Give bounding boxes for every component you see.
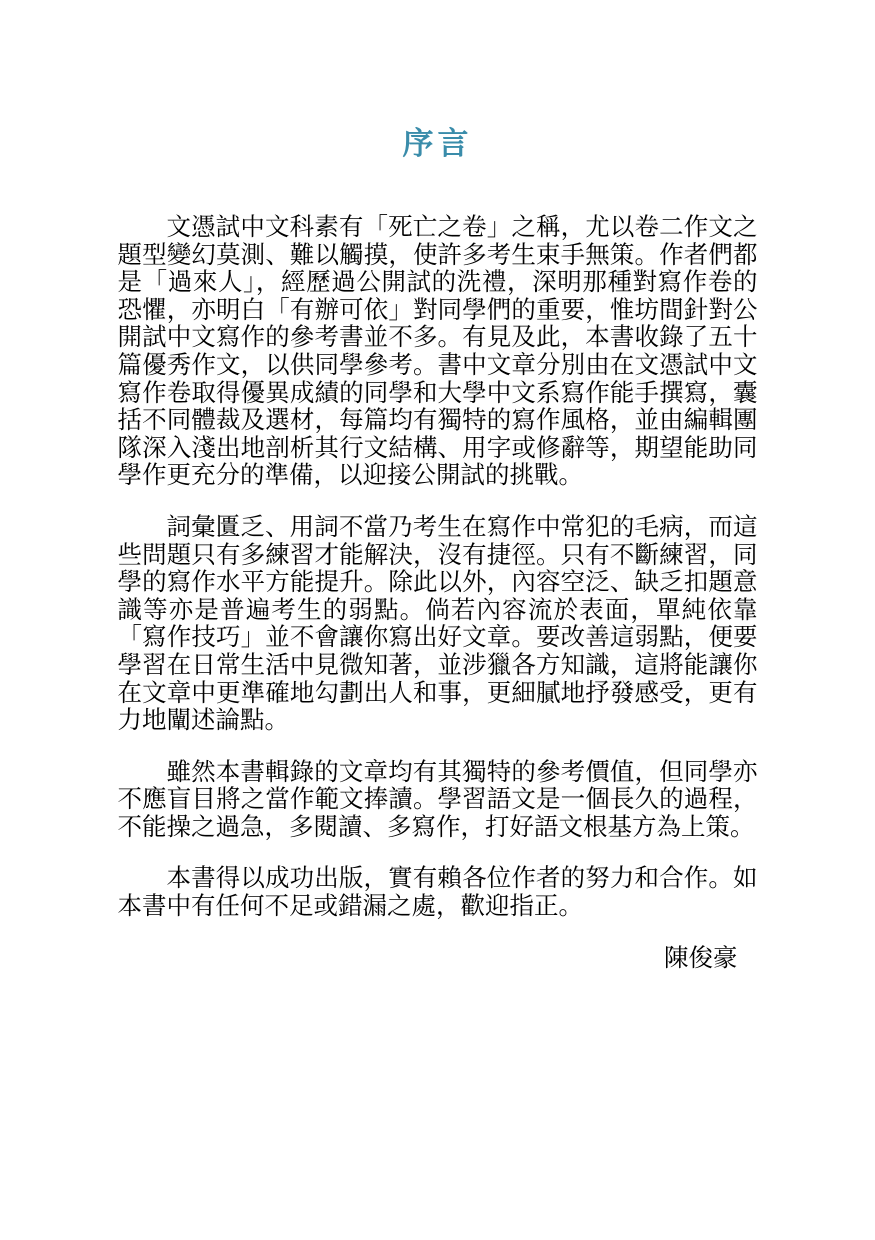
paragraph-3: 雖然本書輯錄的文章均有其獨特的參考價值，但同學亦不應盲目將之當作範文捧讀。學習語… [118,758,758,841]
author-signature: 陳俊豪 [118,944,758,972]
preface-page: 序言 文憑試中文科素有「死亡之卷」之稱，尤以卷二作文之題型變幻莫測、難以觸摸，使… [0,0,875,1240]
paragraph-1: 文憑試中文科素有「死亡之卷」之稱，尤以卷二作文之題型變幻莫測、難以觸摸，使許多考… [118,213,758,489]
paragraph-2: 詞彙匱乏、用詞不當乃考生在寫作中常犯的毛病，而這些問題只有多練習才能解決，沒有捷… [118,513,758,734]
paragraph-4: 本書得以成功出版，實有賴各位作者的努力和合作。如本書中有任何不足或錯漏之處，歡迎… [118,864,758,919]
page-title: 序言 [0,0,875,162]
preface-body: 文憑試中文科素有「死亡之卷」之稱，尤以卷二作文之題型變幻莫測、難以觸摸，使許多考… [118,213,758,920]
